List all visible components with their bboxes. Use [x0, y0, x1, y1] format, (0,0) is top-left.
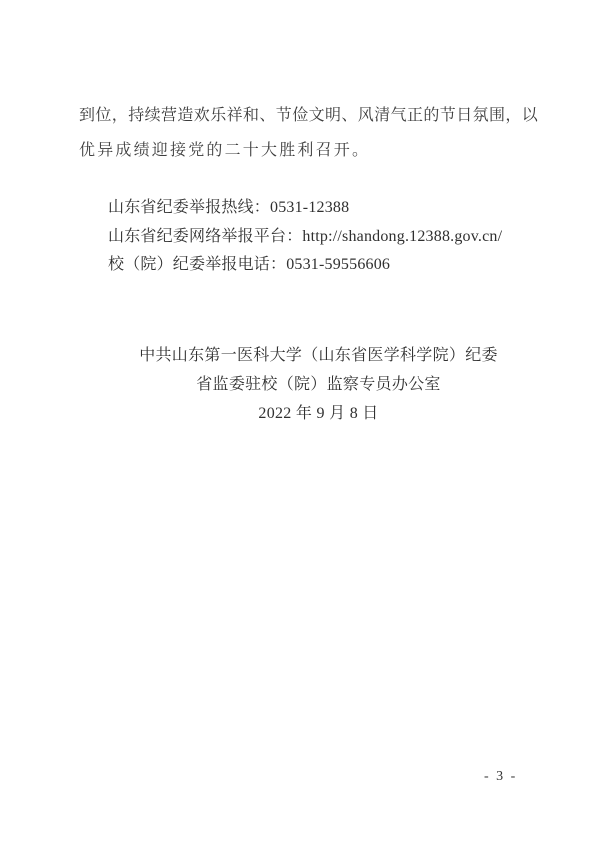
page-number: - 3 - — [484, 767, 517, 787]
issue-date: 2022 年 9 月 8 日 — [100, 399, 537, 428]
provincial-hotline-line: 山东省纪委举报热线：0531-12388 — [108, 194, 502, 223]
provincial-web-platform-line: 山东省纪委网络举报平台：http://shandong.12388.gov.cn… — [108, 223, 502, 252]
school-report-phone-line: 校（院）纪委举报电话：0531-59556606 — [108, 251, 502, 280]
body-paragraph: 到位，持续营造欢乐祥和、节俭文明、风清气正的节日氛围，以 优异成绩迎接党的二十大… — [79, 98, 539, 168]
paragraph-line: 到位，持续营造欢乐祥和、节俭文明、风清气正的节日氛围，以 — [79, 98, 539, 133]
document-page: 到位，持续营造欢乐祥和、节俭文明、风清气正的节日氛围，以 优异成绩迎接党的二十大… — [0, 0, 600, 848]
paragraph-line: 优异成绩迎接党的二十大胜利召开。 — [79, 133, 539, 168]
issuing-org-line-2: 省监委驻校（院）监察专员办公室 — [100, 370, 537, 399]
issuing-org-line-1: 中共山东第一医科大学（山东省医学科学院）纪委 — [100, 341, 537, 370]
report-contact-block: 山东省纪委举报热线：0531-12388 山东省纪委网络举报平台：http://… — [108, 194, 502, 280]
signature-block: 中共山东第一医科大学（山东省医学科学院）纪委 省监委驻校（院）监察专员办公室 2… — [100, 341, 537, 428]
